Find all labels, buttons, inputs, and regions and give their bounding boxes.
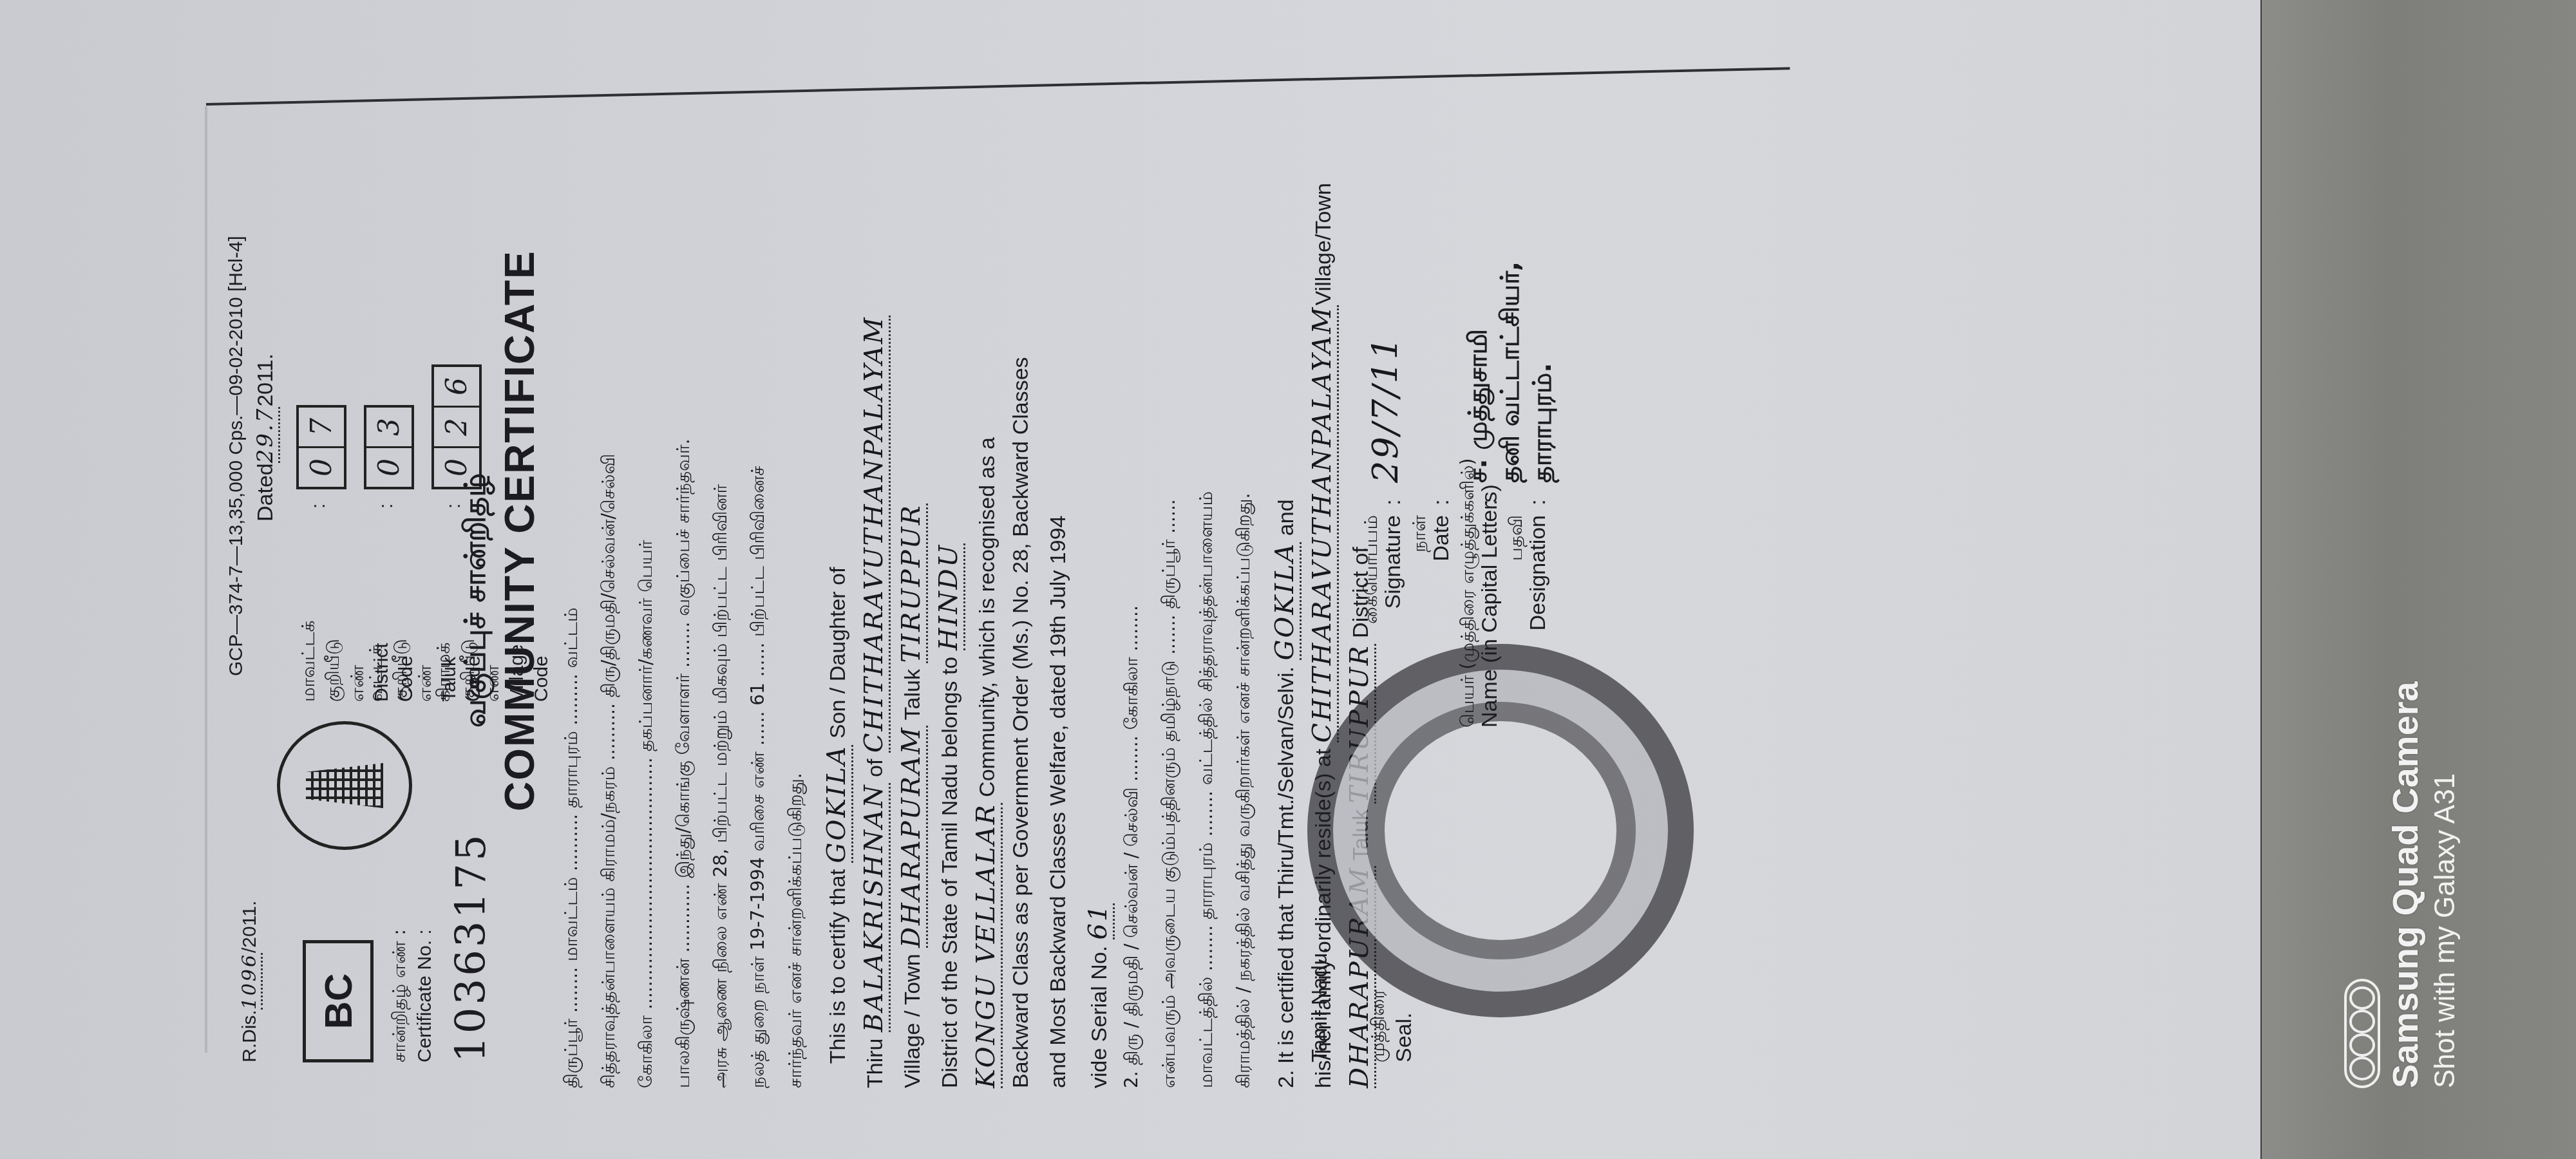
state-name: Tamil Nadu. bbox=[1307, 947, 1332, 1062]
tamil-line: திருப்பூர் ........ மாவட்டம் .......... … bbox=[560, 148, 598, 1088]
page-title: COMMUNITY CERTIFICATE bbox=[496, 250, 544, 811]
village-line: Village / Town DHARAPURAM Taluk TIRUPPUR bbox=[896, 148, 934, 1088]
village-name: CHITHARAVUTHANPALAYAM bbox=[859, 316, 891, 753]
certificate-number: 10363175 bbox=[448, 832, 495, 1062]
tamil-line: அரசு ஆணை நிலை எண் 28, பிற்பட்ட மற்றும் ம… bbox=[710, 148, 747, 1088]
community-name: KONGU VELLALAR bbox=[971, 803, 1003, 1088]
officer-stamp: ச. முத்துசாமி தனி வட்டாட்சியர், தாராபுரம… bbox=[1462, 261, 1558, 483]
tamil-nadu-emblem-icon bbox=[277, 721, 412, 850]
camera-watermark: Samsung Quad Camera Shot with my Galaxy … bbox=[2344, 573, 2447, 1088]
tamil-line: கோகிலா .................................… bbox=[635, 148, 672, 1088]
category-box: BC bbox=[303, 940, 374, 1062]
fold-line bbox=[205, 106, 207, 1053]
r-dis-reference: R.Dis.1096/2011. bbox=[238, 901, 263, 1062]
certificate-no-label: சான்றிதழ் எண் : Certificate No. : bbox=[386, 929, 438, 1062]
watermark-subtitle: Shot with my Galaxy A31 bbox=[2429, 773, 2461, 1088]
title-tamil: வகுப்புச் சான்றிதழ் bbox=[457, 473, 497, 728]
tamil-line: சார்ந்தவர் எனச் சான்றளிக்கப்படுகிறது. bbox=[784, 148, 822, 1088]
certificate-body: திருப்பூர் ........ மாவட்டம் .......... … bbox=[560, 148, 1382, 1088]
gcp-reference: GCP—374-7—13,35,000 Cps.—09-02-2010 [Hcl… bbox=[225, 236, 247, 676]
community-line: KONGU VELLALAR Community, which is recog… bbox=[971, 148, 1009, 1088]
tamil-para2-line: என்பவரும் அவருடைய குடும்பத்தினரும் தமிழ்… bbox=[1158, 148, 1195, 1088]
dated-line: Dated29.72011. bbox=[252, 353, 280, 522]
name-field: பெயர் (முத்திரை எழுத்துக்களில்)Name (in … bbox=[1455, 489, 1504, 728]
handwritten-signature: 29/7/11 bbox=[1365, 335, 1406, 483]
residence-line-1: 2. It is certified that Thiru/Tmt./Selva… bbox=[1270, 148, 1307, 1088]
certificate-paper: R.Dis.1096/2011. GCP—374-7—13,35,000 Cps… bbox=[0, 0, 2260, 1159]
signature-field: கையொப்பம்Signature: bbox=[1359, 489, 1407, 728]
certify-line: This is to certify that GOKILA Son / Dau… bbox=[822, 148, 859, 1088]
tamil-para2-line: மாவட்டத்தில் ........ தாராபுரம் ........… bbox=[1195, 148, 1233, 1088]
serial-line: vide Serial No. 61 bbox=[1083, 148, 1121, 1088]
district-line: District of the State of Tamil Nadu belo… bbox=[934, 148, 971, 1088]
tamil-line: சித்தராவுத்தன்பாளையம் கிராமம்/நகரம் ....… bbox=[598, 148, 635, 1088]
quad-camera-icon bbox=[2344, 979, 2380, 1088]
community-certificate: R.Dis.1096/2011. GCP—374-7—13,35,000 Cps… bbox=[213, 135, 1726, 1088]
designation-field: பதவிDesignation: bbox=[1504, 489, 1552, 728]
border-line bbox=[206, 67, 1790, 106]
father-name: BALAKRISHNAN bbox=[859, 783, 891, 1032]
watermark-brand: Samsung Quad Camera bbox=[2384, 681, 2426, 1088]
tamil-line: பாலகிருஷ்ணன் ............ இந்து/கொங்கு வ… bbox=[672, 148, 710, 1088]
go-line: Backward Class as per Government Order (… bbox=[1009, 148, 1046, 1088]
welfare-line: and Most Backward Classes Welfare, dated… bbox=[1046, 148, 1083, 1088]
person-name: GOKILA bbox=[822, 745, 853, 863]
tamil-para2-line: கிராமத்தில் / நகரத்தில் வசித்து வருகிறார… bbox=[1233, 148, 1270, 1088]
father-line: Thiru BALAKRISHNAN of CHITHARAVUTHANPALA… bbox=[859, 148, 896, 1088]
tamil-para2-line: 2. திரு / திருமதி / செல்வன் / செல்வி ...… bbox=[1121, 148, 1158, 1088]
tamil-line: நலத் துறை நாள் 19-7-1994 வரிசை எண் .....… bbox=[747, 148, 784, 1088]
seal-label: முத்திரை Seal. bbox=[1365, 990, 1417, 1062]
signature-block: கையொப்பம்Signature: நாள்Date: பெயர் (முத… bbox=[1359, 489, 1552, 728]
date-field: நாள்Date: bbox=[1407, 489, 1455, 728]
